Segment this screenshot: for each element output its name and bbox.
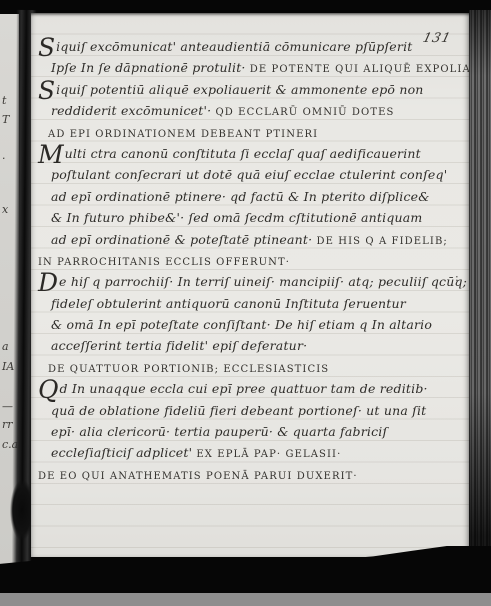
initial-letter: D bbox=[38, 278, 58, 288]
text-segment: epī· alia clericorū· tertia pauperū· & q… bbox=[51, 424, 387, 439]
manuscript-line: epī· alia clericorū· tertia pauperū· & q… bbox=[38, 420, 466, 441]
text-segment: e hiſ q parrochiiſ· In terriſ uineiſ· ma… bbox=[59, 274, 467, 289]
text-segment: eccleſiaſticiſ adplicet' bbox=[51, 445, 196, 460]
margin-mark: : bbox=[455, 271, 459, 284]
manuscript-line: acceſſerint tertia fidelit' epiſ deferat… bbox=[38, 334, 466, 355]
facing-page-text-fragment: rr bbox=[2, 418, 13, 431]
text-segment: DE EO QUI ANATHEMATIS POENĀ PARUI DUXERI… bbox=[38, 471, 358, 482]
facing-page-text-fragment: t bbox=[2, 94, 6, 107]
text-segment: ad epī ordinationē & poteſtatē ptineant· bbox=[51, 232, 316, 247]
manuscript-line: ad epī ordinationē & poteſtatē ptineant·… bbox=[38, 228, 466, 249]
text-segment: AD EPI ORDINATIONEM DEBEANT PTINERI bbox=[48, 129, 318, 140]
initial-letter: S bbox=[38, 86, 55, 96]
facing-page-text-fragment: T bbox=[2, 113, 9, 126]
photograph-background: tT·xaIA—rrc.a 131 Siquiſ excōmunicat' an… bbox=[0, 0, 491, 606]
facing-page-text-fragment: x bbox=[2, 203, 8, 216]
facing-page-text-fragment: · bbox=[2, 152, 6, 165]
manuscript-line: Multi ctra canonū conſtituta ſi ecclaſ q… bbox=[38, 142, 466, 163]
manuscript-line: & In futuro phibe&'· ſed omā ſecdm cſtit… bbox=[38, 206, 466, 227]
text-segment: Ipſe In ſe dāpnationē protulit· bbox=[51, 60, 250, 75]
text-segment: reddiderit excōmunicet'· bbox=[51, 103, 215, 118]
manuscript-line: fideleſ obtulerint antiquorū canonū Inſt… bbox=[38, 292, 466, 313]
text-segment: ad epī ordinationē ptinere· qd factū & I… bbox=[51, 189, 430, 204]
manuscript-line: quā de oblatione fideliū fieri debeant p… bbox=[38, 399, 466, 420]
manuscript-line: AD EPI ORDINATIONEM DEBEANT PTINERI bbox=[38, 121, 466, 142]
text-segment: acceſſerint tertia fidelit' epiſ deferat… bbox=[51, 338, 307, 353]
manuscript-line: Siquiſ excōmunicat' anteaudientiā cōmuni… bbox=[38, 35, 466, 56]
manuscript-line: Siquiſ potentiū aliquē expoliauerit & am… bbox=[38, 78, 466, 99]
text-segment: poſtulant conſecrari ut dotē quā eiuſ ec… bbox=[51, 167, 447, 182]
manuscript-line: eccleſiaſticiſ adplicet' EX EPLĀ PAP· GE… bbox=[38, 441, 466, 462]
text-segment: DE POTENTE QUI ALIQUĒ EXPOLIAUERIT bbox=[250, 64, 491, 75]
scanner-grey-strip bbox=[0, 593, 491, 606]
text-segment: DE QUATTUOR PORTIONIB; ECCLESIASTICIS bbox=[48, 364, 329, 375]
facing-page-text-fragment: — bbox=[2, 400, 13, 413]
book-fore-edge bbox=[469, 10, 491, 558]
facing-page-text-fragment: a bbox=[2, 340, 9, 353]
initial-letter: S bbox=[38, 43, 55, 53]
manuscript-line: IN PARROCHITANIS ECCLIS OFFERUNT· bbox=[38, 249, 466, 270]
initial-letter: Q bbox=[38, 385, 59, 395]
text-segment: & In futuro phibe&'· ſed omā ſecdm cſtit… bbox=[51, 210, 422, 225]
text-segment: iquiſ potentiū aliquē expoliauerit & amm… bbox=[56, 82, 423, 97]
text-segment: IN PARROCHITANIS ECCLIS OFFERUNT· bbox=[38, 257, 290, 268]
manuscript-line: Ipſe In ſe dāpnationē protulit· DE POTEN… bbox=[38, 56, 466, 77]
manuscript-line: DE EO QUI ANATHEMATIS POENĀ PARUI DUXERI… bbox=[38, 463, 466, 484]
text-segment: fideleſ obtulerint antiquorū canonū Inſt… bbox=[51, 296, 406, 311]
manuscript-line: poſtulant conſecrari ut dotē quā eiuſ ec… bbox=[38, 163, 466, 184]
manuscript-line: ad epī ordinationē ptinere· qd factū & I… bbox=[38, 185, 466, 206]
text-segment: quā de oblatione fideliū fieri debeant p… bbox=[51, 403, 426, 418]
text-segment: EX EPLĀ PAP· GELASII· bbox=[196, 449, 341, 460]
text-segment: d In unaqque eccla cui epī pree quattuor… bbox=[60, 381, 428, 396]
manuscript-line: De hiſ q parrochiiſ· In terriſ uineiſ· m… bbox=[38, 270, 466, 291]
manuscript-line: Qd In unaqque eccla cui epī pree quattuo… bbox=[38, 377, 466, 398]
initial-letter: M bbox=[38, 150, 64, 160]
text-segment: QD ECCLARŪ OMNIŪ DOTES bbox=[215, 107, 394, 118]
manuscript-line: reddiderit excōmunicet'· QD ECCLARŪ OMNI… bbox=[38, 99, 466, 120]
text-segment: DE HIS Q A FIDELIB; bbox=[316, 236, 447, 247]
text-segment: iquiſ excōmunicat' anteaudientiā cōmunic… bbox=[56, 39, 412, 54]
manuscript-line: DE QUATTUOR PORTIONIB; ECCLESIASTICIS bbox=[38, 356, 466, 377]
text-segment: & omā In epī poteſtate conſiſtant· De hi… bbox=[51, 317, 432, 332]
manuscript-line: & omā In epī poteſtate conſiſtant· De hi… bbox=[38, 313, 466, 334]
manuscript-page: 131 Siquiſ excōmunicat' anteaudientiā cō… bbox=[31, 13, 469, 557]
text-block: Siquiſ excōmunicat' anteaudientiā cōmuni… bbox=[38, 35, 466, 484]
text-segment: ulti ctra canonū conſtituta ſi ecclaſ qu… bbox=[65, 146, 421, 161]
